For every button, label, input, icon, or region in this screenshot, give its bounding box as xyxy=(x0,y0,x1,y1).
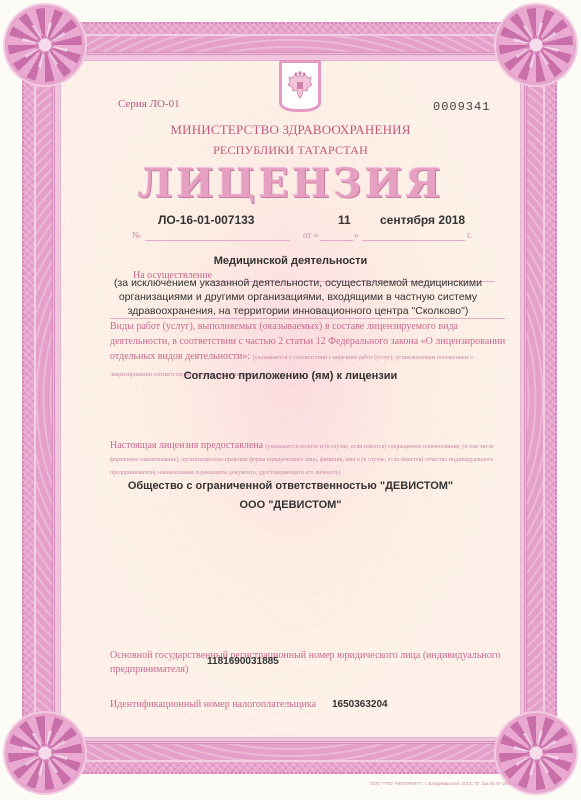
activity-type: Медицинской деятельности xyxy=(0,255,581,267)
date-close-quote: » xyxy=(354,230,359,240)
series-label: Серия ЛО-01 xyxy=(118,98,180,110)
inn-value: 1650363204 xyxy=(332,699,388,710)
serial-number: 0009341 xyxy=(433,100,490,114)
year-suffix: г. xyxy=(467,230,472,240)
ogrn-value: 1181690031885 xyxy=(207,656,279,667)
activity-note: (за исключением указанной деятельности, … xyxy=(88,276,508,318)
organization-short-name: ООО "ДЕВИСТОМ" xyxy=(0,499,581,511)
works-value: Согласно приложению (ям) к лицензии xyxy=(0,370,581,382)
number-underline xyxy=(145,240,290,241)
coat-of-arms-icon xyxy=(279,60,321,112)
corner-rosette-icon xyxy=(499,716,573,790)
granted-label: Настоящая лицензия предоставлена (указыв… xyxy=(110,440,510,479)
license-document: Серия ЛО-01 0009341 МИНИСТЕРСТВО ЗДРАВОО… xyxy=(0,0,581,800)
organization-full-name: Общество с ограниченной ответственностью… xyxy=(0,480,581,492)
ministry-name-line2: РЕСПУБЛИКИ ТАТАРСТАН xyxy=(0,143,581,158)
document-title: ЛИЦЕНЗИЯ xyxy=(0,160,581,207)
date-from-label: от « xyxy=(303,230,318,240)
number-sign-label: № xyxy=(132,230,141,240)
printer-imprint: ООО "ПТО "НЕОПРИНТ", г. Владимирская, 20… xyxy=(370,781,510,786)
granted-label-text: Настоящая лицензия предоставлена xyxy=(110,440,263,451)
license-number: ЛО-16-01-007133 xyxy=(158,213,254,227)
corner-rosette-icon xyxy=(499,8,573,82)
corner-rosette-icon xyxy=(8,716,82,790)
ogrn-label: Основной государственный регистрационный… xyxy=(110,649,510,677)
month-underline xyxy=(362,240,465,241)
day-underline xyxy=(320,240,353,241)
inn-label: Идентификационный номер налогоплательщик… xyxy=(110,699,316,710)
license-date-month-year: сентября 2018 xyxy=(380,213,465,227)
ministry-name-line1: МИНИСТЕРСТВО ЗДРАВООХРАНЕНИЯ xyxy=(0,122,581,138)
license-date-day: 11 xyxy=(338,213,351,227)
corner-rosette-icon xyxy=(8,8,82,82)
